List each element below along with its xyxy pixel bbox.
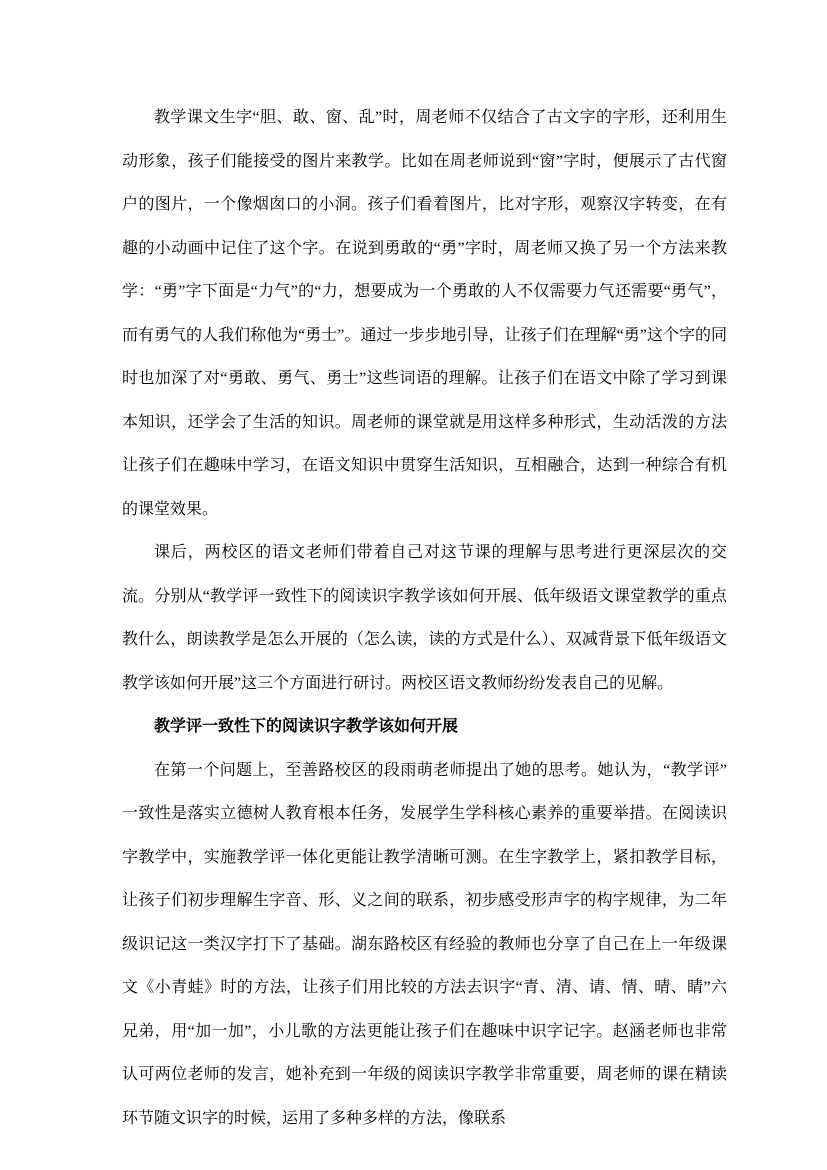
body-paragraph: 在第一个问题上，至善路校区的段雨萌老师提出了她的思考。她认为，“教学评”一致性是…: [122, 749, 727, 1141]
body-paragraph: 课后，两校区的语文老师们带着自己对这节课的理解与思考进行更深层次的交流。分别从“…: [122, 531, 727, 705]
body-paragraph: 教学课文生字“胆、敢、窗、乱”时，周老师不仅结合了古文字的字形，还利用生动形象，…: [122, 96, 727, 531]
section-heading: 教学评一致性下的阅读识字教学该如何开展: [122, 705, 727, 749]
document-body: 教学课文生字“胆、敢、窗、乱”时，周老师不仅结合了古文字的字形，还利用生动形象，…: [122, 96, 727, 1140]
document-page: 教学课文生字“胆、敢、窗、乱”时，周老师不仅结合了古文字的字形，还利用生动形象，…: [0, 0, 827, 1170]
